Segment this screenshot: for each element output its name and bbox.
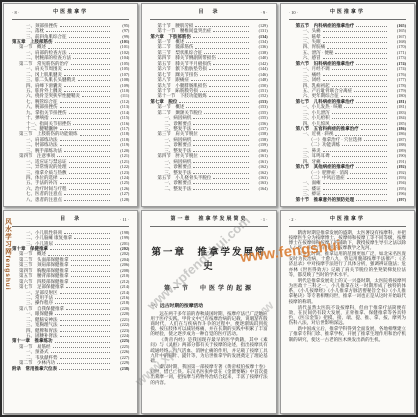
toc-row: 十一、指间关节扭挫伤(116)	[12, 120, 129, 125]
toc-entries: 第五节 内科病症的推拿治疗(165)一、头痛(165)二、眩晕(167)三、失眠…	[289, 23, 406, 202]
toc-row: 第三节 上肢筋伤的功能锻炼(118)	[12, 131, 129, 136]
header-title: 目 录	[198, 10, 219, 15]
page-number: · 10 ·	[289, 9, 299, 16]
toc-row: 第十一节 腰椎间盘突出症(131)	[150, 28, 267, 33]
toc-row: 八、患者的注意点(128)	[12, 197, 129, 202]
scan-contact-sheet: · 8 · 中医推拿学 一、颈部扭挫伤(95)二、落枕(97)三、前斜角肌综合征…	[0, 0, 418, 417]
body-paragraph: 新中国成立后，推拿学科得到全面发展，各地相继建立了推拿专科门诊、推拿学校，开展了…	[289, 326, 406, 341]
body-paragraph: 远在两千多年前的春秋战国时期，按摩疗法已广泛地应用于医疗实践。甲骨文中已有按摩治…	[150, 311, 267, 337]
page-number: · 11 ·	[120, 216, 129, 223]
chapter-title: 第一章 推拿学发展简史	[150, 244, 267, 272]
toc-row: 第四节 膝关节侧副韧带损伤(140)	[150, 55, 267, 60]
section-title: 第一节 中医学的起源	[150, 283, 267, 292]
toc-entries: 一、小儿肌性斜颈(198)二、小儿脑瘫 康复推拿(199)三、小儿遗尿(201)…	[12, 230, 129, 371]
page-number: · 9 ·	[260, 9, 267, 16]
book-page-body-text: · 2 · 中医推拿学 隋唐时期是推拿发展的盛期，太医署设有按摩科，并把按摩医生…	[280, 210, 415, 414]
body-paragraph: 隋唐时期是推拿发展的盛期，太医署设有按摩科，并把按摩医生分为按摩博士、按摩师和按…	[289, 230, 406, 251]
header-title: 中医推拿学	[330, 217, 365, 222]
running-header: 目 录 · 9 ·	[150, 9, 267, 20]
subsection-lead: 一、远古时期的按摩活动	[150, 302, 267, 309]
running-header: · 8 · 中医推拿学	[12, 9, 129, 20]
running-header: · 10 · 中医推拿学	[289, 9, 406, 20]
body-paragraph: 《黄帝内经》是我国现存最早的医学典籍，其中《素问》与《灵枢》两部分都有关于按摩的…	[150, 337, 267, 363]
body-paragraph: 明代是推拿发展史上的又一兴盛时期，太医院将按摩列为医政十三科之一，小儿推拿在这一…	[289, 278, 406, 304]
running-header: 第一章 推拿学发展简史 · 1 ·	[150, 216, 267, 227]
header-title: 第一章 推拿学发展简史	[170, 217, 247, 222]
body-paragraph: 秦汉时期，我国第一部按摩专著《黄帝岐伯按摩十卷》问世，惜已亡佚。东汉名医张仲景在…	[150, 364, 267, 385]
book-page-toc-1: · 8 · 中医推拿学 一、颈部扭挫伤(95)二、落枕(97)三、前斜角肌综合征…	[3, 3, 138, 207]
body-text: 隋唐时期是推拿发展的盛期，太医署设有按摩科，并把按摩医生分为按摩博士、按摩师和按…	[289, 230, 406, 342]
header-title: 中医推拿学	[53, 10, 88, 15]
running-header: 目 录 · 11 ·	[12, 216, 129, 227]
book-page-toc-2: 目 录 · 9 · 第十节 腰肌劳损(129)第十一节 腰椎间盘突出症(131)…	[141, 3, 276, 207]
toc-entries: 第十节 腰肌劳损(129)第十一节 腰椎间盘突出症(131)第六章 下肢部筋伤(…	[150, 23, 267, 192]
toc-row: 六、桡骨茎突狭窄性腱鞘炎(111)	[12, 93, 129, 98]
page-number: · 1 ·	[260, 216, 267, 223]
header-title: 目 录	[60, 217, 81, 222]
running-header: · 2 · 中医推拿学	[289, 216, 406, 227]
page-number: · 2 ·	[289, 216, 296, 223]
body-text: 远在两千多年前的春秋战国时期，按摩疗法已广泛地应用于医疗实践。甲骨文中已有按摩治…	[150, 311, 267, 385]
page-number: · 8 ·	[12, 9, 19, 16]
header-title: 中医推拿学	[330, 10, 365, 15]
toc-row: 二、整复手法(164)	[150, 186, 267, 191]
toc-row: 附录 常用推拿穴位表(238)	[12, 365, 129, 370]
toc-row: 三、肱二头肌长头腱鞘炎(108)	[12, 77, 129, 82]
body-paragraph: 宋金元时期，推拿运用的范围更加广泛，如北宋名医庞安时为民治病，十愈八九，曾运用腹…	[289, 251, 406, 277]
book-page-toc-4: 目 录 · 11 · 一、小儿肌性斜颈(198)二、小儿脑瘫 康复推拿(199)…	[3, 210, 138, 414]
body-paragraph: 清代虽然太医院不设按摩科，但由于推拿疗法简便有效，在民间仍有较大发展，正骨推拿、…	[289, 305, 406, 326]
toc-entries: 一、颈部扭挫伤(95)二、落枕(97)三、前斜角肌综合征(99)第五章 上肢部筋…	[12, 23, 129, 202]
toc-row: 第十节 推拿意外的预防处理(197)	[289, 197, 406, 202]
book-page-chapter-start: 第一章 推拿学发展简史 · 1 · 第一章 推拿学发展简史 第一节 中医学的起源…	[141, 210, 276, 414]
toc-row: 二、小儿脑瘫 康复推拿(199)	[12, 235, 129, 240]
toc-row: 二、肘腕部的检查方法(104)	[12, 55, 129, 60]
book-page-toc-3: · 10 · 中医推拿学 第五节 内科病症的推拿治疗(165)一、头痛(165)…	[280, 3, 415, 207]
toc-row: 第九节 其他病症的推拿治疗(192)	[289, 164, 406, 169]
